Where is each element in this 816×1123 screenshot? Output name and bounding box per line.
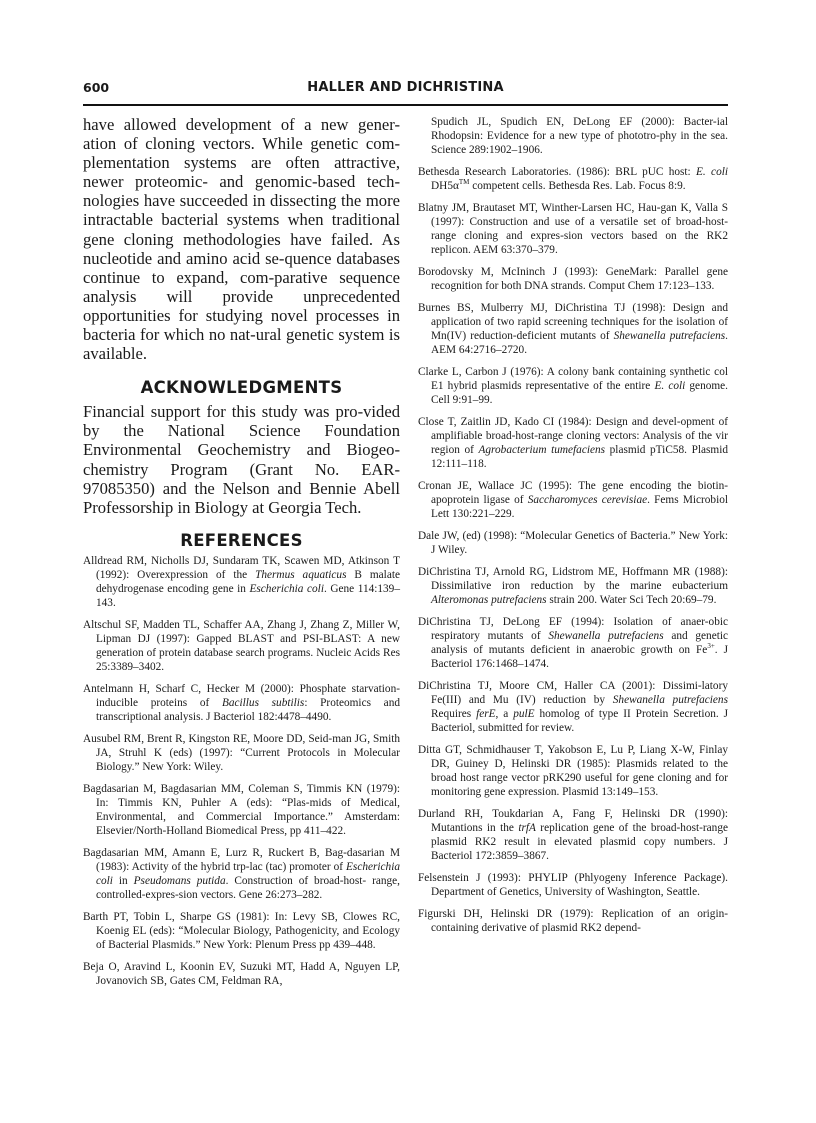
reference-entry: Bethesda Research Laboratories. (1986): …	[418, 165, 728, 193]
ref-text: Borodovsky M, McIninch J (1993): GeneMar…	[418, 266, 728, 292]
reference-entry: Clarke L, Carbon J (1976): A colony bank…	[418, 365, 728, 407]
ref-italic: Shewanella putrefaciens	[613, 694, 728, 706]
ref-superscript: TM	[459, 178, 470, 186]
ref-text: in	[113, 875, 134, 887]
ref-italic: Agrobacterium tumefaciens	[479, 444, 606, 456]
ref-italic: ferE	[476, 708, 495, 720]
ref-text: Spudich JL, Spudich EN, DeLong EF (2000)…	[431, 116, 728, 156]
acknowledgments-heading: ACKNOWLEDGMENTS	[83, 378, 400, 397]
ref-text: Blatny JM, Brautaset MT, Winther-Larsen …	[418, 202, 728, 256]
ref-italic: Saccharomyces cerevisiae	[528, 494, 647, 506]
reference-entry: Bagdasarian M, Bagdasarian MM, Coleman S…	[83, 782, 400, 838]
references-heading: REFERENCES	[83, 531, 400, 550]
ref-text: Ausubel RM, Brent R, Kingston RE, Moore …	[83, 733, 400, 773]
ref-text: Bethesda Research Laboratories. (1986): …	[418, 166, 696, 178]
ref-italic: Thermus aquaticus	[255, 569, 346, 581]
page-header: 600 HALLER AND DICHRISTINA	[83, 80, 728, 100]
ref-italic: E. coli	[654, 380, 685, 392]
running-head: HALLER AND DICHRISTINA	[83, 80, 728, 95]
ref-text: Bagdasarian M, Bagdasarian MM, Coleman S…	[83, 783, 400, 837]
reference-entry: Alldread RM, Nicholls DJ, Sundaram TK, S…	[83, 554, 400, 610]
reference-entry: Antelmann H, Scharf C, Hecker M (2000): …	[83, 682, 400, 724]
reference-entry: Blatny JM, Brautaset MT, Winther-Larsen …	[418, 201, 728, 257]
reference-entry: Dale JW, (ed) (1998): “Molecular Genetic…	[418, 529, 728, 557]
header-rule	[83, 104, 728, 106]
ref-text: Ditta GT, Schmidhauser T, Yakobson E, Lu…	[418, 744, 728, 798]
reference-entry: Cronan JE, Wallace JC (1995): The gene e…	[418, 479, 728, 521]
reference-entry: Altschul SF, Madden TL, Schaffer AA, Zha…	[83, 618, 400, 674]
ref-superscript: 3+	[707, 642, 714, 650]
ref-italic: Shewanella putrefaciens	[548, 630, 663, 642]
ref-italic: Bacillus subtilis	[222, 697, 304, 709]
reference-entry: Durland RH, Toukdarian A, Fang F, Helins…	[418, 807, 728, 863]
left-column: have allowed development of a new gener-…	[83, 115, 400, 996]
reference-entry: Burnes BS, Mulberry MJ, DiChristina TJ (…	[418, 301, 728, 357]
ref-italic: pulE	[513, 708, 534, 720]
reference-entry: DiChristina TJ, DeLong EF (1994): Isolat…	[418, 615, 728, 671]
reference-entry: Borodovsky M, McIninch J (1993): GeneMar…	[418, 265, 728, 293]
reference-entry: Beja O, Aravind L, Koonin EV, Suzuki MT,…	[83, 960, 400, 988]
ref-text: competent cells. Bethesda Res. Lab. Focu…	[469, 180, 685, 192]
ref-italic: Pseudomans putida	[134, 875, 226, 887]
reference-entry: Figurski DH, Helinski DR (1979): Replica…	[418, 907, 728, 935]
ref-text: Altschul SF, Madden TL, Schaffer AA, Zha…	[83, 619, 400, 673]
intro-paragraph: have allowed development of a new gener-…	[83, 115, 400, 363]
ref-text: DH5α	[431, 180, 459, 192]
reference-entry: DiChristina TJ, Arnold RG, Lidstrom ME, …	[418, 565, 728, 607]
reference-entry: DiChristina TJ, Moore CM, Haller CA (200…	[418, 679, 728, 735]
ref-text: Requires	[431, 708, 476, 720]
reference-entry: Barth PT, Tobin L, Sharpe GS (1981): In:…	[83, 910, 400, 952]
right-column: Spudich JL, Spudich EN, DeLong EF (2000)…	[418, 115, 728, 943]
reference-entry: Felsenstein J (1993): PHYLIP (Phlyogeny …	[418, 871, 728, 899]
reference-entry: Close T, Zaitlin JD, Kado CI (1984): Des…	[418, 415, 728, 471]
ref-text: Beja O, Aravind L, Koonin EV, Suzuki MT,…	[83, 961, 400, 987]
reference-entry: Ausubel RM, Brent R, Kingston RE, Moore …	[83, 732, 400, 774]
ref-text: strain 200. Water Sci Tech 20:69–79.	[547, 594, 717, 606]
ref-text: Figurski DH, Helinski DR (1979): Replica…	[418, 908, 728, 934]
reference-entry: Bagdasarian MM, Amann E, Lurz R, Ruckert…	[83, 846, 400, 902]
ref-text: DiChristina TJ, Arnold RG, Lidstrom ME, …	[418, 566, 728, 592]
ref-text: , a	[496, 708, 514, 720]
ref-italic: E. coli	[696, 166, 728, 178]
reference-continuation: Spudich JL, Spudich EN, DeLong EF (2000)…	[418, 115, 728, 157]
ref-text: Barth PT, Tobin L, Sharpe GS (1981): In:…	[83, 911, 400, 951]
acknowledgments-text: Financial support for this study was pro…	[83, 402, 400, 517]
reference-entry: Ditta GT, Schmidhauser T, Yakobson E, Lu…	[418, 743, 728, 799]
ref-text: Felsenstein J (1993): PHYLIP (Phlyogeny …	[418, 872, 728, 898]
ref-italic: Escherichia coli	[250, 583, 324, 595]
ref-italic: trfA	[518, 822, 536, 834]
ref-italic: Shewanella putrefaciens	[614, 330, 726, 342]
ref-text: Dale JW, (ed) (1998): “Molecular Genetic…	[418, 530, 728, 556]
ref-italic: Alteromonas putrefaciens	[431, 594, 547, 606]
